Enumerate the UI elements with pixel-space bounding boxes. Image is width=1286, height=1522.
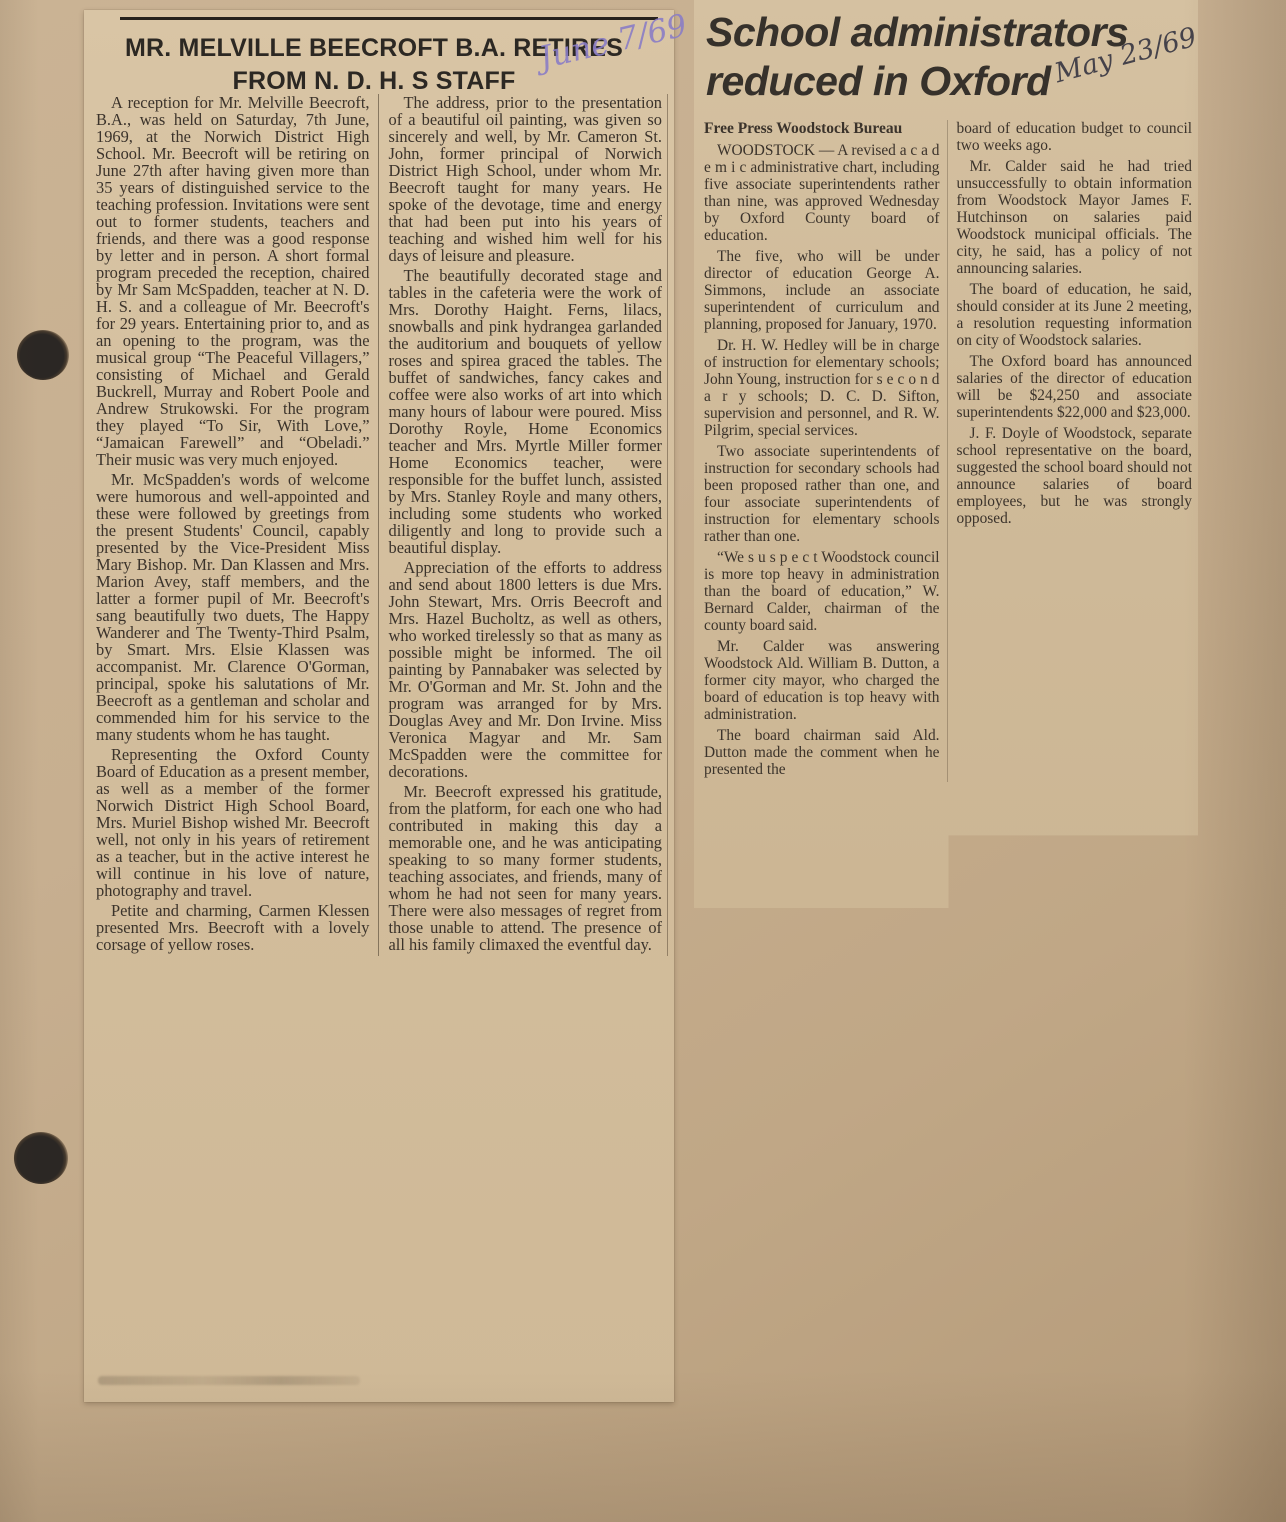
right-title-line-1: School administrators [706, 9, 1128, 55]
right-article-title: School administrators reduced in Oxford [694, 0, 1198, 108]
paragraph: Mr. McSpadden's words of welcome were hu… [96, 471, 370, 743]
cutoff-text-smudge [98, 1376, 360, 1385]
paragraph: A reception for Mr. Melville Beecroft, B… [96, 94, 370, 468]
right-article-column-2: board of education budget to council two… [948, 120, 1193, 782]
byline: Free Press Woodstock Bureau [704, 120, 940, 137]
right-article-column-1: Free Press Woodstock Bureau WOODSTOCK — … [704, 120, 948, 782]
hole-punch-top [17, 330, 69, 380]
left-article-columns: A reception for Mr. Melville Beecroft, B… [92, 94, 668, 956]
paragraph: The beautifully decorated stage and tabl… [389, 267, 663, 556]
left-article-column-2: The address, prior to the presentation o… [379, 94, 669, 956]
headline-rule [120, 17, 658, 20]
paragraph: Mr. Beecroft expressed his gratitude, fr… [389, 783, 663, 953]
paragraph: Mr. Calder said he had tried unsuccessfu… [957, 158, 1193, 277]
right-column-1-body: WOODSTOCK — A revised a c a d e m i c ad… [704, 142, 940, 778]
right-title-line-2: reduced in Oxford [706, 57, 1190, 106]
paragraph: WOODSTOCK — A revised a c a d e m i c ad… [704, 142, 940, 244]
left-article-title: MR. MELVILLE BEECROFT B.A. RETIRES FROM … [84, 10, 674, 98]
paragraph: The board of education, he said, should … [957, 281, 1193, 349]
paragraph: Mr. Calder was answering Woodstock Ald. … [704, 638, 940, 723]
left-article-column-1: A reception for Mr. Melville Beecroft, B… [92, 94, 379, 956]
left-title-line-1: MR. MELVILLE BEECROFT B.A. RETIRES [125, 34, 623, 62]
paragraph: Two associate superintendents of instruc… [704, 443, 940, 545]
paragraph: The Oxford board has announced salaries … [957, 353, 1193, 421]
paragraph: Petite and charming, Carmen Klessen pres… [96, 902, 370, 953]
paragraph: board of education budget to council two… [957, 120, 1193, 154]
hole-punch-bottom [14, 1132, 68, 1184]
paragraph: The five, who will be under director of … [704, 248, 940, 333]
paragraph: J. F. Doyle of Woodstock, separate schoo… [957, 425, 1193, 527]
paragraph: Representing the Oxford County Board of … [96, 746, 370, 899]
paragraph: The board chairman said Ald. Dutton made… [704, 727, 940, 778]
scrapbook-page: MR. MELVILLE BEECROFT B.A. RETIRES FROM … [0, 0, 1286, 1522]
right-article-columns: Free Press Woodstock Bureau WOODSTOCK — … [694, 108, 1198, 782]
left-clipping-article: MR. MELVILLE BEECROFT B.A. RETIRES FROM … [84, 10, 674, 1402]
paragraph: Dr. H. W. Hedley will be in charge of in… [704, 337, 940, 439]
paragraph: The address, prior to the presentation o… [389, 94, 663, 264]
right-clipping-article: School administrators reduced in Oxford … [694, 0, 1198, 908]
paragraph: Appreciation of the efforts to address a… [389, 559, 663, 780]
paragraph: “We s u s p e c t Woodstock council is m… [704, 549, 940, 634]
